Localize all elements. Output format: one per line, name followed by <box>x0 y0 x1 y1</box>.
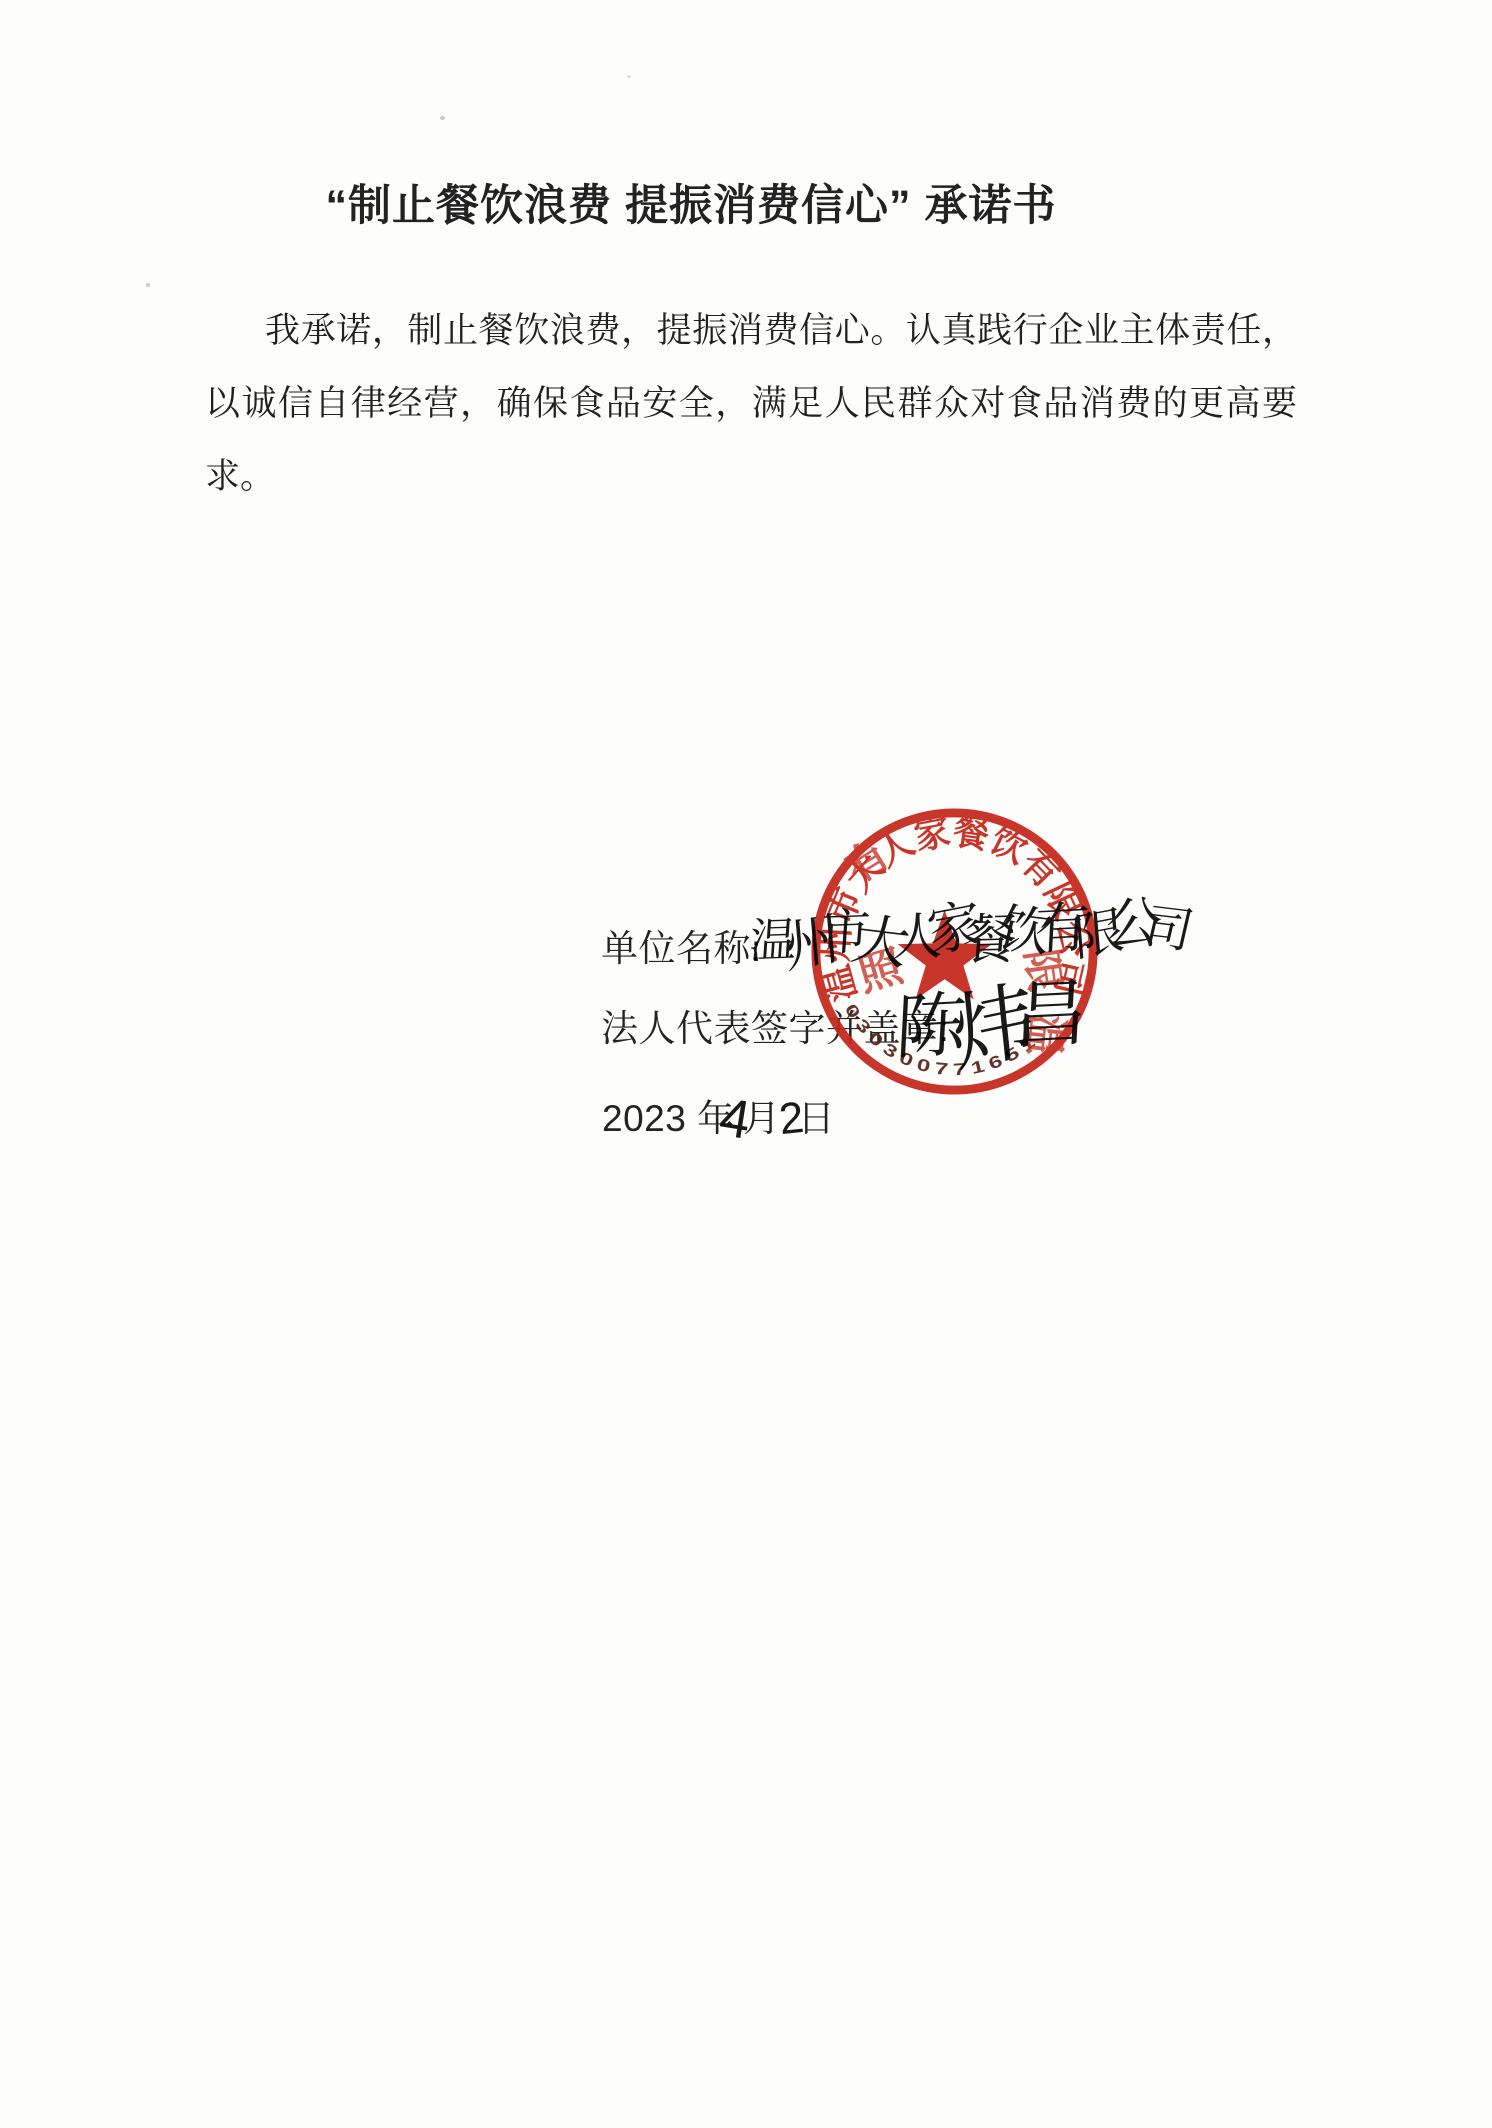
date-year: 2023 年 <box>602 1098 735 1139</box>
date-day-handwritten: 2 <box>776 1093 806 1145</box>
paper-speck <box>440 116 445 120</box>
unit-name-handwritten: 温州市大人家餐饮有限公司 <box>747 884 1182 974</box>
date-month-handwritten: 4 <box>715 1086 755 1152</box>
paper-speck <box>146 283 150 287</box>
paper-speck <box>627 75 631 78</box>
document-page: “制止餐饮浪费 提振消费信心” 承诺书 我承诺，制止餐饮浪费，提振消费信心。认真… <box>0 0 1492 2128</box>
unit-name-label: 单位名称: <box>601 918 762 972</box>
document-title: “制止餐饮浪费 提振消费信心” 承诺书 <box>0 172 1437 233</box>
legal-rep-signature-handwritten: 陈炜昌 <box>890 957 1076 1078</box>
paragraph-line-1: 我承诺，制止餐饮浪费，提振消费信心。认真践行企业主体责任， <box>205 294 1297 367</box>
paragraph-line-3: 求。 <box>205 440 1297 513</box>
commitment-paragraph: 我承诺，制止餐饮浪费，提振消费信心。认真践行企业主体责任， 以诚信自律经营，确保… <box>205 294 1297 513</box>
date-line: 2023 年4月2日 <box>602 1082 835 1144</box>
paragraph-line-2: 以诚信自律经营，确保食品安全，满足人民群众对食品消费的更高要 <box>205 367 1297 440</box>
